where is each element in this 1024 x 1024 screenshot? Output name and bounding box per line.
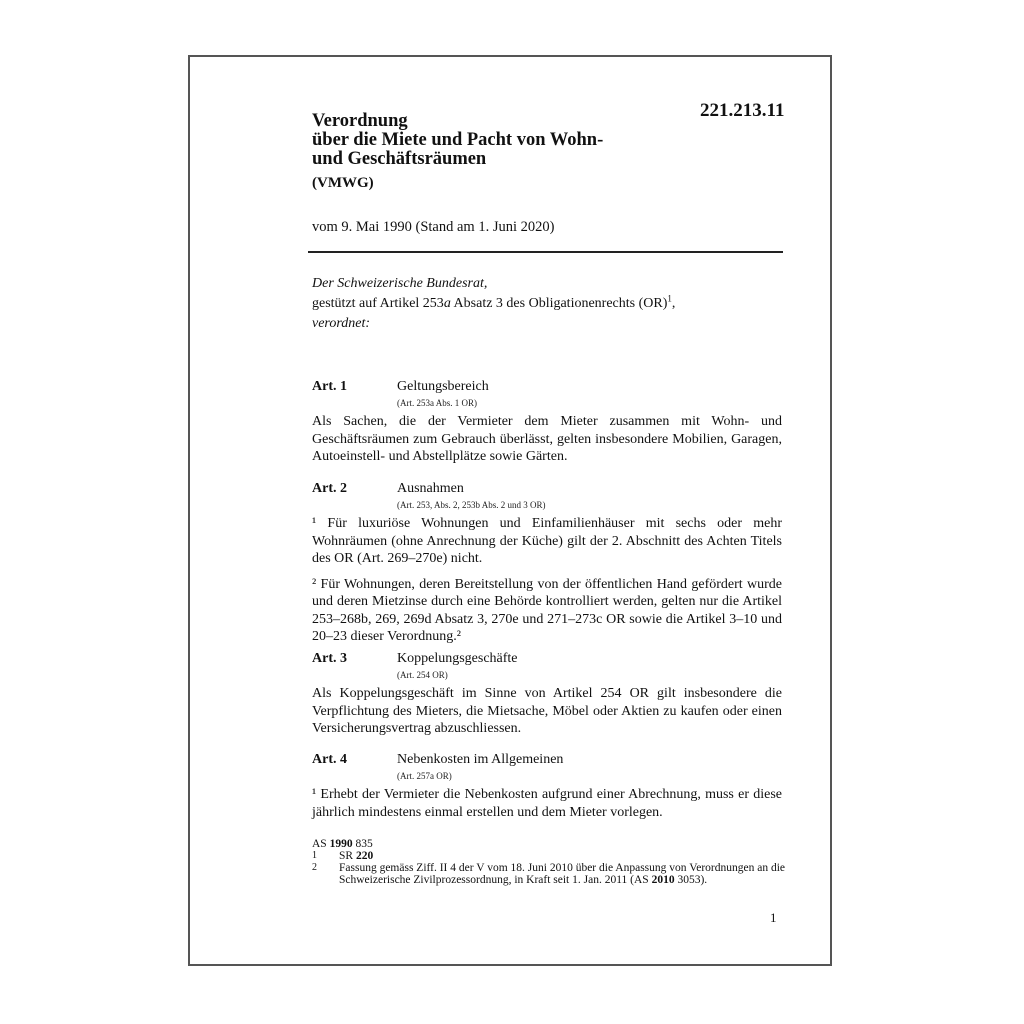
page-number: 1: [770, 910, 777, 926]
article-paragraph: ¹ Erhebt der Vermieter die Nebenkosten a…: [312, 786, 782, 821]
title-line: und Geschäftsräumen: [312, 150, 603, 169]
article-reference: (Art. 253, Abs. 2, 253b Abs. 2 und 3 OR): [397, 499, 782, 511]
article-reference: (Art. 253a Abs. 1 OR): [397, 397, 782, 409]
article-title: Nebenkosten im Allgemeinen: [397, 752, 563, 768]
footnote-number: 2: [312, 862, 317, 874]
sr-number: 221.213.11: [700, 100, 782, 122]
article-paragraph: ¹ Für luxuriöse Wohnungen und Einfamilie…: [312, 515, 782, 568]
article-number: Art. 2: [312, 481, 347, 497]
title-line: über die Miete und Pacht von Wohn-: [312, 131, 603, 150]
document-date: vom 9. Mai 1990 (Stand am 1. Juni 2020): [312, 219, 554, 236]
preamble-basis: gestützt auf Artikel 253a Absatz 3 des O…: [312, 294, 675, 314]
article-1: Art. 1 Geltungsbereich (Art. 253a Abs. 1…: [312, 379, 782, 466]
preamble-authority: Der Schweizerische Bundesrat,: [312, 274, 675, 294]
article-number: Art. 4: [312, 752, 347, 768]
article-2: Art. 2 Ausnahmen (Art. 253, Abs. 2, 253b…: [312, 481, 782, 646]
article-reference: (Art. 254 OR): [397, 669, 782, 681]
article-paragraph: ² Für Wohnungen, deren Bereitstellung vo…: [312, 576, 782, 646]
footnote-2: 2 Fassung gemäss Ziff. II 4 der V vom 18…: [312, 862, 787, 886]
article-paragraph: Als Sachen, die der Vermieter dem Mieter…: [312, 413, 782, 466]
footnotes: AS 1990 835 1 SR 220 2 Fassung gemäss Zi…: [312, 838, 787, 886]
preamble-verordnet: verordnet:: [312, 314, 675, 334]
article-3: Art. 3 Koppelungsgeschäfte (Art. 254 OR)…: [312, 651, 782, 738]
footnote-number: 1: [312, 850, 317, 862]
article-reference: (Art. 257a OR): [397, 770, 782, 782]
header-divider: [308, 251, 783, 253]
article-4: Art. 4 Nebenkosten im Allgemeinen (Art. …: [312, 752, 782, 821]
article-title: Ausnahmen: [397, 481, 464, 497]
document-abbreviation: (VMWG): [312, 175, 374, 192]
title-line: Verordnung: [312, 112, 603, 131]
article-title: Geltungsbereich: [397, 379, 489, 395]
preamble: Der Schweizerische Bundesrat, gestützt a…: [312, 274, 675, 334]
official-collection-ref: AS 1990 835: [312, 838, 787, 850]
document-title: Verordnung über die Miete und Pacht von …: [312, 112, 603, 169]
footnote-1: 1 SR 220: [312, 850, 787, 862]
article-paragraph: Als Koppelungsgeschäft im Sinne von Arti…: [312, 685, 782, 738]
article-number: Art. 1: [312, 379, 347, 395]
article-title: Koppelungsgeschäfte: [397, 651, 518, 667]
article-number: Art. 3: [312, 651, 347, 667]
